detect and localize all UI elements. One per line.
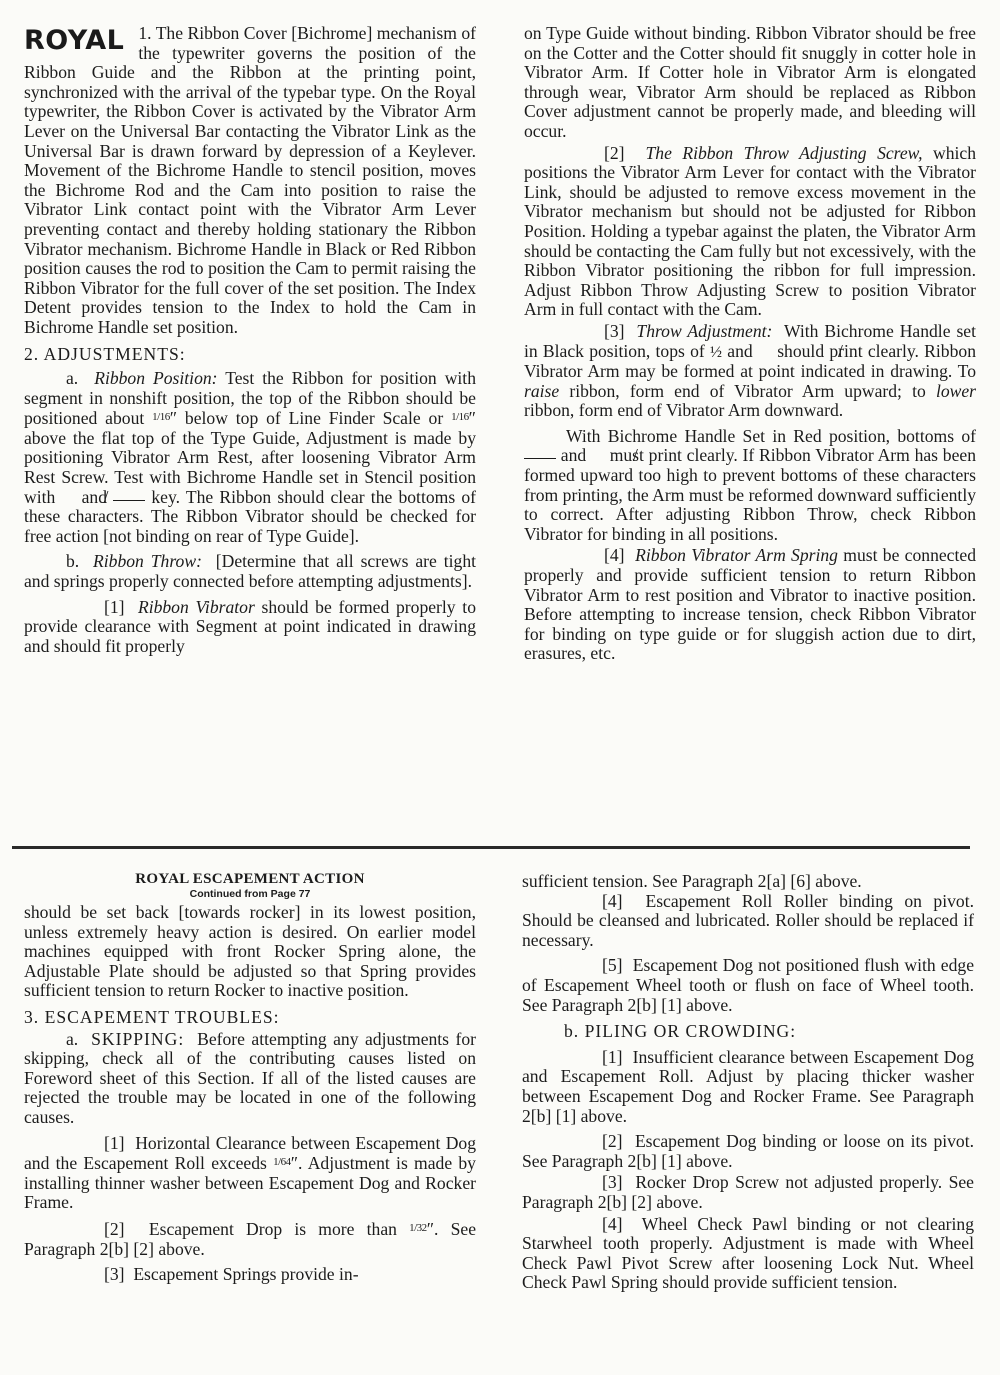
- slash-key-symbol: /: [758, 342, 772, 362]
- paragraph-text: and: [727, 341, 752, 361]
- throw-adjustment-paragraph: [3] Throw Adjustment: With Bichrome Hand…: [524, 322, 976, 421]
- item-number: [1]: [602, 1047, 623, 1067]
- item-label: b.: [66, 551, 79, 571]
- paragraph-text: Escapement Springs provide in-: [133, 1264, 358, 1284]
- paragraph-text: Escapement Dog binding or loose on its p…: [522, 1131, 974, 1171]
- skipping-cause-4: [4] Escapement Roll Roller binding on pi…: [522, 892, 974, 951]
- upper-right-column: on Type Guide without binding. Ribbon Vi…: [524, 24, 976, 664]
- fraction: 1/64: [273, 1156, 291, 1168]
- section-heading-escapement-troubles: 3. ESCAPEMENT TROUBLES:: [24, 1008, 476, 1028]
- item-title: Ribbon Position:: [94, 368, 217, 388]
- item-title: SKIPPING:: [91, 1029, 184, 1049]
- item-label: a.: [66, 1029, 78, 1049]
- paragraph-text: Escapement Roll Roller binding on pivot.…: [522, 891, 974, 950]
- section-heading-piling: b. PILING OR CROWDING:: [522, 1022, 974, 1042]
- paragraph-text: Insufficient clearance between Escapemen…: [522, 1047, 974, 1126]
- paragraph-text: Escapement Drop is more than: [149, 1219, 397, 1239]
- piling-cause-1: [1] Insufficient clearance between Escap…: [522, 1048, 974, 1126]
- item-number: [5]: [602, 955, 623, 975]
- intro-text: 1. The Ribbon Cover [Bichrome] mechanism…: [24, 23, 476, 337]
- half-key-symbol: ½: [710, 344, 722, 361]
- paragraph-text: ribbon, form end of Vibrator Arm downwar…: [524, 400, 843, 420]
- emphasis-raise: raise: [524, 381, 559, 401]
- underscore-key-symbol: [113, 488, 145, 501]
- red-position-paragraph: With Bichrome Handle Set in Red position…: [524, 427, 976, 545]
- underscore-key-symbol: [524, 446, 556, 459]
- skipping-cause-3: [3] Escapement Springs provide in-: [24, 1265, 476, 1285]
- item-number: [4]: [602, 891, 623, 911]
- item-number: [2]: [604, 143, 625, 163]
- item-title: The Ribbon Throw Adjusting Screw,: [645, 143, 922, 163]
- paragraph-text: and: [82, 487, 107, 507]
- continued-article-title: ROYAL ESCAPEMENT ACTION: [24, 870, 476, 888]
- item-number: [1]: [104, 597, 125, 617]
- paragraph-text: below top of Line Finder Scale or: [185, 408, 443, 428]
- manual-page: ROYAL 1. The Ribbon Cover [Bichrome] mec…: [0, 0, 1000, 1375]
- lower-left-column: ROYAL ESCAPEMENT ACTION Continued from P…: [24, 870, 476, 1285]
- brand-heading: ROYAL: [24, 28, 124, 54]
- paragraph-text: and: [561, 445, 586, 465]
- paragraph-text: Wheel Check Pawl binding or not clearing…: [522, 1214, 974, 1293]
- continued-paragraph: sufficient tension. See Paragraph 2[a] […: [522, 872, 974, 892]
- item-number: [3]: [604, 321, 625, 341]
- section-heading-adjustments: 2. ADJUSTMENTS:: [24, 345, 476, 365]
- slash-key-symbol: /: [591, 446, 605, 466]
- item-number: [4]: [602, 1214, 623, 1234]
- continued-paragraph: should be set back [towards rocker] in i…: [24, 903, 476, 1001]
- item-number: [1]: [104, 1133, 125, 1153]
- fraction: 1/32: [409, 1222, 427, 1234]
- paragraph-text: which positions the Vibrator Arm Lever f…: [524, 143, 976, 320]
- piling-cause-3: [3] Rocker Drop Screw not adjusted prope…: [522, 1173, 974, 1212]
- item-number: [3]: [104, 1264, 125, 1284]
- item-title: Ribbon Vibrator Arm Spring: [635, 545, 838, 565]
- paragraph-text: Rocker Drop Screw not adjusted properly.…: [522, 1172, 974, 1212]
- paragraph-text: [Determine that all screws are tight and…: [24, 551, 476, 591]
- item-title: Ribbon Vibrator: [138, 597, 255, 617]
- skipping-cause-5: [5] Escapement Dog not positioned flush …: [522, 956, 974, 1015]
- ribbon-throw-paragraph: b. Ribbon Throw: [Determine that all scr…: [24, 552, 476, 591]
- vibrator-arm-spring-paragraph: [4] Ribbon Vibrator Arm Spring must be c…: [524, 546, 976, 664]
- item-number: [3]: [602, 1172, 623, 1192]
- fraction: 1/16: [451, 411, 469, 423]
- item-number: [2]: [104, 1219, 125, 1239]
- slash-key-symbol: /: [61, 488, 75, 508]
- ribbon-position-paragraph: a. Ribbon Position: Test the Ribbon for …: [24, 369, 476, 546]
- section-divider: [12, 846, 970, 849]
- upper-left-column: ROYAL 1. The Ribbon Cover [Bichrome] mec…: [24, 24, 476, 656]
- paragraph-text: ribbon, form end of Vibrator Arm upward;…: [569, 381, 925, 401]
- skipping-paragraph: a. SKIPPING: Before attempting any adjus…: [24, 1030, 476, 1128]
- item-label: a.: [66, 368, 78, 388]
- skipping-cause-1: [1] Horizontal Clearance between Escapem…: [24, 1134, 476, 1213]
- throw-adjusting-screw-paragraph: [2] The Ribbon Throw Adjusting Screw, wh…: [524, 144, 976, 320]
- item-number: [2]: [602, 1131, 623, 1151]
- piling-cause-4: [4] Wheel Check Pawl binding or not clea…: [522, 1215, 974, 1293]
- continued-paragraph: on Type Guide without binding. Ribbon Vi…: [524, 24, 976, 142]
- skipping-cause-2: [2] Escapement Drop is more than 1/32″. …: [24, 1219, 476, 1259]
- fraction: 1/16: [152, 411, 170, 423]
- continued-from-note: Continued from Page 77: [24, 888, 476, 900]
- paragraph-text: Escapement Dog not positioned flush with…: [522, 955, 974, 1014]
- emphasis-lower: lower: [936, 381, 976, 401]
- lower-right-column: sufficient tension. See Paragraph 2[a] […: [522, 872, 974, 1293]
- paragraph-text: With Bichrome Handle Set in Red position…: [566, 426, 976, 446]
- item-number: [4]: [604, 545, 625, 565]
- item-title: Ribbon Throw:: [93, 551, 202, 571]
- piling-cause-2: [2] Escapement Dog binding or loose on i…: [522, 1132, 974, 1171]
- item-title: Throw Adjustment:: [636, 321, 772, 341]
- intro-paragraph: ROYAL 1. The Ribbon Cover [Bichrome] mec…: [24, 24, 476, 338]
- ribbon-vibrator-paragraph: [1] Ribbon Vibrator should be formed pro…: [24, 598, 476, 657]
